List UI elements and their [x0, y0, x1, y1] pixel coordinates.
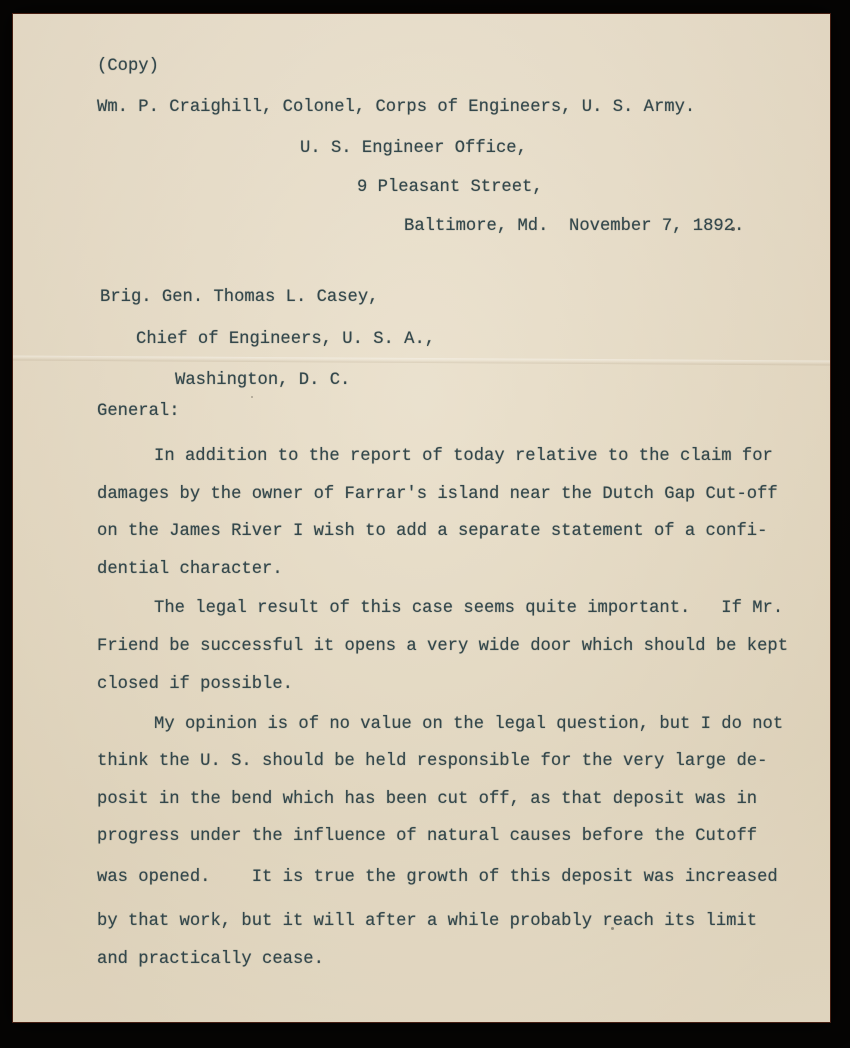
body-line: think the U. S. should be held responsib…	[97, 752, 767, 771]
copy-label: (Copy)	[97, 57, 159, 76]
dateline: Baltimore, Md. November 7, 1892.	[404, 217, 744, 236]
sender-line: Wm. P. Craighill, Colonel, Corps of Engi…	[97, 98, 695, 117]
body-line: Friend be successful it opens a very wid…	[97, 637, 788, 656]
body-line: closed if possible.	[97, 675, 293, 694]
recipient-name: Brig. Gen. Thomas L. Casey,	[100, 288, 378, 307]
office-line: U. S. Engineer Office,	[300, 139, 527, 158]
photo-background: (Copy) Wm. P. Craighill, Colonel, Corps …	[0, 0, 850, 1048]
body-line: progress under the influence of natural …	[97, 827, 757, 846]
recipient-title: Chief of Engineers, U. S. A.,	[136, 330, 435, 349]
salutation: General:	[97, 402, 180, 421]
body-line: by that work, but it will after a while …	[97, 912, 757, 931]
body-line: and practically cease.	[97, 950, 324, 969]
body-line: dential character.	[97, 560, 283, 579]
street-line: 9 Pleasant Street,	[357, 178, 543, 197]
body-line: on the James River I wish to add a separ…	[97, 522, 767, 541]
body-line: The legal result of this case seems quit…	[154, 599, 783, 618]
fold-crease	[13, 356, 830, 366]
recipient-city: Washington, D. C.	[175, 371, 350, 390]
body-line: posit in the bend which has been cut off…	[97, 790, 757, 809]
dust-speck	[251, 396, 253, 398]
body-line: My opinion is of no value on the legal q…	[154, 715, 783, 734]
body-line: damages by the owner of Farrar's island …	[97, 485, 778, 504]
body-line: was opened. It is true the growth of thi…	[97, 868, 778, 887]
letter-page: (Copy) Wm. P. Craighill, Colonel, Corps …	[13, 14, 830, 1022]
body-line: In addition to the report of today relat…	[154, 447, 773, 466]
